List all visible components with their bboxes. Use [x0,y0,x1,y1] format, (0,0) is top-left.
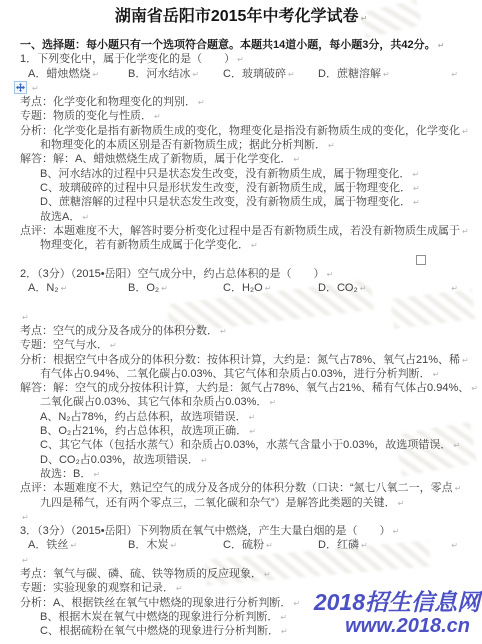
paragraph-mark: ↵ [281,627,288,636]
paragraph-mark: ↵ [176,584,183,593]
q2-jieda-text: A、N₂占78%，约占总体积，故选项错误． [40,411,247,423]
q2-dianping-line1: 点评：本题难度不大，熟记空气的成分及各成分的体积分数（口诀：“氮七八氧二一，零点… [20,481,462,495]
q2-fenxi-text: 有气体占0.94%、二氧化碳占0.03%、其它气体和杂质占0.03%，进行分析判… [40,368,431,380]
q1-kaodian-text: 考点：化学变化和物理变化的判别． [20,96,196,108]
paragraph-mark: ↵ [201,456,208,465]
paragraph-mark: ↵ [383,70,390,79]
q2-jieda-text: 二氧化碳占0.03%、其它气体和杂质占0.03%． [40,396,267,408]
q2-dianping-text: 九四是稀气，还有两个零点三，二氧化碳和杂气”）是解答此类题的关键． [40,497,396,509]
paragraph-mark: ↵ [471,384,478,393]
section-header-text: 一、选择题：每小题只有一个选项符合题意。本题共14道小题，每小题3分，共42分。 [20,39,436,51]
q1-jieda-text: B、河水结冰的过程中只是状态发生改变，没有新物质生成，属于物理变化． [40,168,410,180]
q3-option-b-text: B．木炭 [128,539,168,551]
q2-dianping-text: 点评：本题难度不大，熟记空气的成分及各成分的体积分数（口诀：“氮七八氧二一，零点 [20,482,453,494]
paragraph-mark: ↵ [451,539,462,553]
q2-jieda-line3: A、N₂占78%，约占总体积，故选项错误．↵ [20,410,462,424]
q3-fenxi-text: B、根据木炭在氧气中燃烧的现象进行分析判断． [40,611,278,623]
paragraph-mark: ↵ [361,541,368,550]
q3-fenxi-text: C、根据硫粉在氧气中燃烧的现象进行分析判断． [40,625,279,637]
q1-dianping-text: 点评：本题难度不大，解答时要分析变化过程中是否有新物质生成，若没有新物质生成属于 [20,225,460,237]
q2-answer: 故选：B．↵ [20,467,462,481]
q2-stem-text: 2．（3分）（2015•岳阳）空气成分中，约占总体积的是（ ） [20,268,325,280]
q2-jieda-line1: 解答：解：空气的成分按体积计算，大约是：氮气占78%、氧气占21%、稀有气体占0… [20,381,462,395]
blank-line: ↵ [20,510,462,524]
paragraph-mark: ↵ [327,270,334,279]
q2-fenxi-line1: 分析：根据空气中各成分的体积分数：按体积计算，大约是：氮气占78%、氧气占21%… [20,353,462,367]
paragraph-mark: ↵ [82,213,89,222]
q2-option-a-text: A．N₂ [28,282,59,294]
q1-dianping-line2: 物理变化，若有新物质生成属于化学变化．↵ [20,238,462,252]
q2-jieda-text: C、其它气体（包括水蒸气）和杂质占0.03%，水蒸气含量小于0.03%，故选项错… [40,439,451,451]
q2-option-b: B．O₂↵ [128,281,223,296]
q2-option-c-text: C．H₂O [223,282,263,294]
paragraph-mark: ↵ [93,470,100,479]
q2-jieda-line5: C、其它气体（包括水蒸气）和杂质占0.03%，水蒸气含量小于0.03%，故选项错… [20,438,462,452]
q3-fenxi-text: 分析：A、根据铁丝在氧气中燃烧的现象进行分析判断． [20,597,291,609]
paragraph-mark: ↵ [398,499,405,508]
paragraph-mark: ↵ [413,184,420,193]
q1-jieda-line2: B、河水结冰的过程中只是状态发生改变，没有新物质生成，属于物理变化．↵ [20,167,462,181]
q2-jieda-line6: D、CO₂占0.03%，故选项错误．↵ [20,453,462,467]
q3-option-a-text: A．铁丝 [28,539,68,551]
q3-option-b: B．木炭↵ [128,538,223,553]
q1-dianping-text: 物理变化，若有新物质生成属于化学变化． [40,239,249,251]
paragraph-mark: ↵ [453,441,460,450]
q3-kaodian: 考点：氧气与碳、磷、硫、铁等物质的反应现象．↵ [20,567,462,581]
q1-jieda-text: C、玻璃破碎的过程中只是形状发生改变，没有新物质生成，属于物理变化． [40,182,411,194]
q1-option-d-text: D．蔗糖溶解 [318,68,381,80]
q1-option-a-text: A．蜡烛燃烧 [28,68,90,80]
q2-options: A．N₂↵ B．O₂↵ C．H₂O↵ D．CO₂↵ ↵ [20,281,462,295]
exam-paper-page: 湖南省岳阳市2015年中考化学试卷↵ 一、选择题：每小题只有一个选项符合题意。本… [0,0,482,644]
paragraph-mark: ↵ [265,284,272,293]
q3-stem: 3．（3分）（2015•岳阳）下列物质在氧气中燃烧，产生大量白烟的是（ ）↵ [20,524,462,538]
q2-zhuanti-text: 专题：空气与水． [20,339,108,351]
paragraph-mark: ↵ [251,241,258,250]
paragraph-mark: ↵ [462,356,469,365]
paragraph-mark: ↵ [280,613,287,622]
paragraph-mark: ↵ [249,427,256,436]
q1-kaodian: 考点：化学变化和物理变化的判别．↵ [20,95,462,109]
paragraph-mark: ↵ [92,70,99,79]
paragraph-mark: ↵ [328,141,335,150]
q2-jieda-line2: 二氧化碳占0.03%、其它气体和杂质占0.03%．↵ [20,395,462,409]
site-watermark: 2018招生信息网 www.2018.cn [314,589,480,638]
paragraph-mark: ↵ [154,112,161,121]
paragraph-mark: ↵ [70,541,77,550]
paragraph-mark: ↵ [433,370,440,379]
paragraph-mark: ↵ [451,68,462,82]
paragraph-mark: ↵ [438,41,445,50]
q2-jieda-text: D、CO₂占0.03%，故选项错误． [40,454,199,466]
q1-answer: 故选A．↵ [20,210,462,224]
q2-kaodian: 考点：空气的成分及各成分的体积分数．↵ [20,324,462,338]
q1-stem: 1．下列变化中，属于化学变化的是（ ）↵ [20,52,462,66]
q2-jieda-text: 解答：解：空气的成分按体积计算，大约是：氮气占78%、氧气占21%、稀有气体占0… [20,382,469,394]
section-header: 一、选择题：每小题只有一个选项符合题意。本题共14道小题，每小题3分，共42分。… [20,38,462,52]
q1-zhuanti: 专题：物质的变化与性质．↵ [20,109,462,123]
paragraph-mark: ↵ [161,284,168,293]
q1-fenxi-text: 和物理变化的本质区别是否有新物质生成；据此分析判断． [40,139,326,151]
paragraph-mark: ↵ [293,155,300,164]
q2-option-a: A．N₂↵ [28,281,128,296]
paragraph-mark: ↵ [32,84,39,93]
paragraph-mark: ↵ [393,527,400,536]
q1-option-b: B．河水结冰↵ [128,67,223,82]
q1-dianping-line1: 点评：本题难度不大，解答时要分析变化过程中是否有新物质生成，若没有新物质生成属于… [20,224,462,238]
paragraph-mark: ↵ [412,170,419,179]
q1-answer-text: 故选A． [40,211,80,223]
q1-fenxi-line2: 和物理变化的本质区别是否有新物质生成；据此分析判断．↵ [20,138,462,152]
q3-option-d-text: D．红磷 [318,539,359,551]
q2-fenxi-text: 分析：根据空气中各成分的体积分数：按体积计算，大约是：氮气占78%、氧气占21%… [20,354,460,366]
q1-option-c-text: C．玻璃破碎 [223,68,286,80]
q1-option-c: C．玻璃破碎↵ [223,67,318,82]
paragraph-mark: ↵ [192,70,199,79]
paragraph-mark: ↵ [360,14,367,23]
q2-option-b-text: B．O₂ [128,282,159,294]
site-watermark-name: 2018招生信息网 [314,589,480,615]
paragraph-mark: ↵ [462,227,469,236]
site-watermark-url: www.2018.cn [314,615,480,638]
q3-option-c-text: C．硫粉 [223,539,264,551]
paragraph-mark: ↵ [360,284,367,293]
q2-answer-text: 故选：B． [40,468,91,480]
q2-option-d-text: D．CO₂ [318,282,358,294]
paragraph-mark: ↵ [288,70,295,79]
paragraph-mark: ↵ [266,541,273,550]
q1-jieda-text: 解答：解：A、蜡烛燃烧生成了新物质，属于化学变化． [20,153,291,165]
q2-option-c: C．H₂O↵ [223,281,318,296]
blank-line: ↵ [20,553,462,567]
q3-stem-text: 3．（3分）（2015•岳阳）下列物质在氧气中燃烧，产生大量白烟的是（ ） [20,525,391,537]
q3-option-c: C．硫粉↵ [223,538,318,553]
paragraph-mark: ↵ [451,282,462,296]
q3-zhuanti-text: 专题：实验现象的观察和记录． [20,582,174,594]
paragraph-mark: ↵ [462,127,469,136]
q2-dianping-line2: 九四是稀气，还有两个零点三，二氧化碳和杂气”）是解答此类题的关键．↵ [20,496,462,510]
paragraph-mark: ↵ [22,556,29,565]
q3-option-a: A．铁丝↵ [28,538,128,553]
q1-stem-text: 1．下列变化中，属于化学变化的是（ ） [20,53,235,65]
q1-jieda-line1: 解答：解：A、蜡烛燃烧生成了新物质，属于化学变化．↵ [20,152,462,166]
paragraph-mark: ↵ [198,98,205,107]
checkbox-line [20,252,462,266]
q2-jieda-line4: B、O₂占21%，约占总体积，故选项正确．↵ [20,424,462,438]
paragraph-mark: ↵ [269,398,276,407]
move-handle-icon[interactable] [14,81,27,94]
q1-zhuanti-text: 专题：物质的变化与性质． [20,110,152,122]
q1-option-a: A．蜡烛燃烧↵ [28,67,128,82]
q1-jieda-line4: D、蔗糖溶解的过程中只是状态发生改变，没有新物质生成，属于物理变化．↵ [20,195,462,209]
q1-jieda-text: D、蔗糖溶解的过程中只是状态发生改变，没有新物质生成，属于物理变化． [40,196,411,208]
q2-kaodian-text: 考点：空气的成分及各成分的体积分数． [20,325,218,337]
q3-kaodian-text: 考点：氧气与碳、磷、硫、铁等物质的反应现象． [20,568,262,580]
move-handle-line: ↵ [20,81,462,95]
q3-options: A．铁丝↵ B．木炭↵ C．硫粉↵ D．红磷↵ ↵ [20,538,462,552]
move-arrows-glyph [16,83,25,92]
q2-zhuanti: 专题：空气与水．↵ [20,338,462,352]
q1-fenxi-text: 分析：化学变化是指有新物质生成的变化，物理变化是指没有新物质生成的变化，化学变化 [20,125,460,137]
paragraph-mark: ↵ [249,413,256,422]
q2-jieda-text: B、O₂占21%，约占总体积，故选项正确． [40,425,247,437]
paragraph-mark: ↵ [455,484,462,493]
empty-checkbox [416,255,426,265]
q2-fenxi-line2: 有气体占0.94%、二氧化碳占0.03%、其它气体和杂质占0.03%，进行分析判… [20,367,462,381]
q1-option-b-text: B．河水结冰 [128,68,190,80]
blank-line: ↵ [20,310,462,324]
q2-option-d: D．CO₂↵ [318,281,366,296]
q1-jieda-line3: C、玻璃破碎的过程中只是形状发生改变，没有新物质生成，属于物理变化．↵ [20,181,462,195]
paragraph-mark: ↵ [110,341,117,350]
paragraph-mark: ↵ [170,541,177,550]
paragraph-mark: ↵ [22,313,29,322]
paragraph-mark: ↵ [22,513,29,522]
q2-stem: 2．（3分）（2015•岳阳）空气成分中，约占总体积的是（ ）↵ [20,267,462,281]
paragraph-mark: ↵ [293,599,300,608]
paragraph-mark: ↵ [220,327,227,336]
q3-option-d: D．红磷↵ [318,538,368,553]
q1-fenxi-line1: 分析：化学变化是指有新物质生成的变化，物理变化是指没有新物质生成的变化，化学变化… [20,124,462,138]
page-title: 湖南省岳阳市2015年中考化学试卷↵ [20,6,462,30]
page-title-text: 湖南省岳阳市2015年中考化学试卷 [115,8,359,25]
paragraph-mark: ↵ [413,198,420,207]
blank-line [20,295,462,309]
q1-options: A．蜡烛燃烧↵ B．河水结冰↵ C．玻璃破碎↵ D．蔗糖溶解↵ ↵ [20,67,462,81]
paragraph-mark: ↵ [61,284,68,293]
q1-option-d: D．蔗糖溶解↵ [318,67,390,82]
paragraph-mark: ↵ [264,570,271,579]
paragraph-mark: ↵ [237,55,244,64]
